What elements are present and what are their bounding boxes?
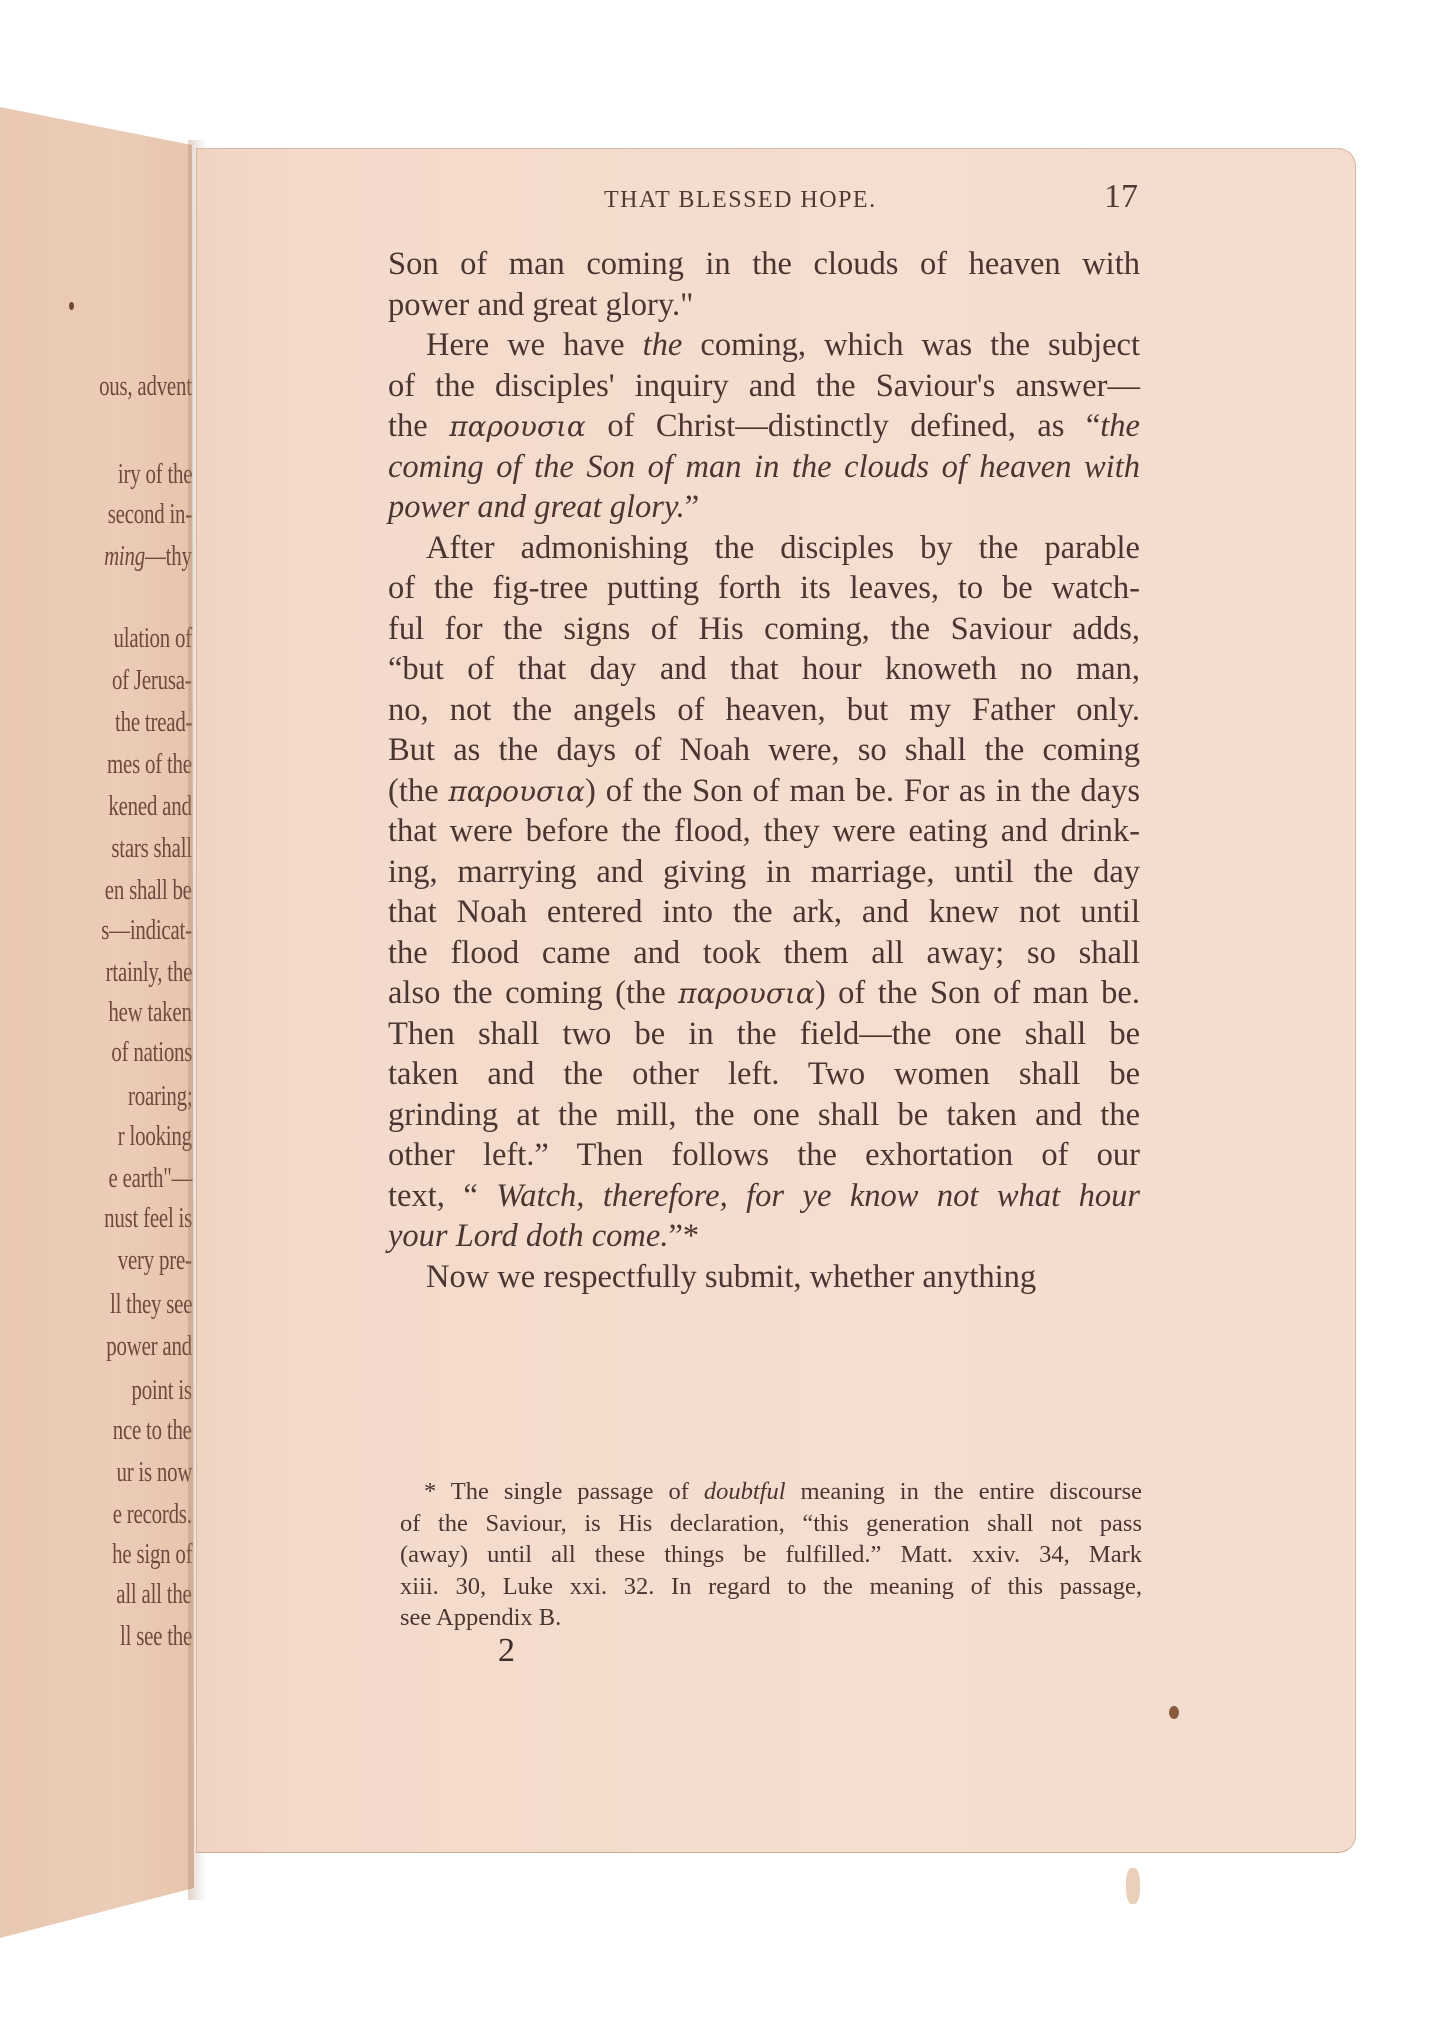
footnote-line: see Appendix B. — [400, 1602, 1142, 1634]
left-text-fragment: ulation of — [114, 622, 192, 655]
left-text-fragment: e records. — [113, 1498, 192, 1531]
left-text-fragment: roaring; — [128, 1080, 192, 1113]
left-text-fragment: mes of the — [107, 748, 192, 781]
page-number: 17 — [1104, 178, 1138, 216]
text-line: your Lord doth come.”* — [388, 1216, 1140, 1257]
left-page: ous, adventiry of thesecond in-ming—thyu… — [0, 0, 200, 2023]
left-text-fragment: rtainly, the — [105, 956, 192, 989]
left-text-fragment: point is — [132, 1374, 192, 1407]
left-text-fragment: ur is now — [116, 1456, 192, 1489]
left-text-fragment: of nations — [111, 1036, 192, 1069]
running-head: THAT BLESSED HOPE. 17 — [408, 178, 1138, 216]
text-line: of the fig-tree putting forth its leaves… — [388, 568, 1140, 609]
text-line: Then shall two be in the field—the one s… — [388, 1014, 1140, 1055]
text-line: coming of the Son of man in the clouds o… — [388, 447, 1140, 488]
text-line: But as the days of Noah were, so shall t… — [388, 730, 1140, 771]
footnote: * The single passage of doubtful meaning… — [400, 1476, 1142, 1634]
text-line: that were before the flood, they were ea… — [388, 811, 1140, 852]
left-text-fragment: ll they see — [110, 1288, 192, 1321]
left-text-fragment: stars shall — [111, 832, 192, 865]
text-line: power and great glory." — [388, 285, 1140, 326]
text-line: “but of that day and that hour knoweth n… — [388, 649, 1140, 690]
text-line: (the παρουσια) of the Son of man be. For… — [388, 771, 1140, 812]
left-text-fragment: iry of the — [118, 458, 192, 491]
text-line: other left.” Then follows the exhortatio… — [388, 1135, 1140, 1176]
foxing-spot — [1169, 1706, 1179, 1719]
text-line: ing, marrying and giving in marriage, un… — [388, 852, 1140, 893]
text-line: of the disciples' inquiry and the Saviou… — [388, 366, 1140, 407]
water-stain — [1126, 1868, 1140, 1904]
left-text-fragment: en shall be — [105, 874, 192, 907]
footnote-line: * The single passage of doubtful meaning… — [400, 1476, 1142, 1508]
text-line: power and great glory.” — [388, 487, 1140, 528]
left-text-fragment: e earth"— — [108, 1162, 192, 1195]
body-text: Son of man coming in the clouds of heave… — [388, 244, 1140, 1297]
ink-speck — [69, 302, 74, 310]
left-text-fragment: second in- — [108, 498, 192, 531]
text-line: Son of man coming in the clouds of heave… — [388, 244, 1140, 285]
text-line: Now we respectfully submit, whether anyt… — [388, 1257, 1140, 1298]
left-text-fragment: nce to the — [113, 1414, 192, 1447]
text-line: the flood came and took them all away; s… — [388, 933, 1140, 974]
left-text-fragment: kened and — [109, 790, 192, 823]
text-line: text, “ Watch, therefore, for ye know no… — [388, 1176, 1140, 1217]
text-line: grinding at the mill, the one shall be t… — [388, 1095, 1140, 1136]
left-text-fragment: ous, advent — [99, 370, 192, 403]
left-text-fragment: ming—thy — [104, 540, 192, 573]
text-line: also the coming (the παρουσια) of the So… — [388, 973, 1140, 1014]
left-text-fragment: of Jerusa- — [112, 664, 192, 697]
left-text-fragment: all all the — [117, 1578, 192, 1611]
left-text-fragment: r looking — [118, 1120, 192, 1153]
text-line: Here we have the coming, which was the s… — [388, 325, 1140, 366]
footnote-line: (away) until all these things be fulfill… — [400, 1539, 1142, 1571]
left-text-fragment: very pre- — [118, 1244, 192, 1277]
text-line: that Noah entered into the ark, and knew… — [388, 892, 1140, 933]
left-text-fragment: he sign of — [112, 1538, 192, 1571]
text-line: the παρουσια of Christ—distinctly define… — [388, 406, 1140, 447]
left-text-fragment: ll see the — [120, 1620, 192, 1653]
left-text-fragment: power and — [106, 1330, 192, 1363]
left-text-fragment: hew taken — [109, 996, 192, 1029]
signature-mark: 2 — [498, 1632, 515, 1670]
left-text-fragment: the tread- — [115, 706, 192, 739]
footnote-line: of the Saviour, is His declaration, “thi… — [400, 1508, 1142, 1540]
text-line: taken and the other left. Two women shal… — [388, 1054, 1140, 1095]
left-text-fragment: s—indicat- — [101, 914, 192, 947]
text-line: After admonishing the disciples by the p… — [388, 528, 1140, 569]
text-line: ful for the signs of His coming, the Sav… — [388, 609, 1140, 650]
running-title: THAT BLESSED HOPE. — [408, 187, 877, 214]
text-line: no, not the angels of heaven, but my Fat… — [388, 690, 1140, 731]
footnote-line: xiii. 30, Luke xxi. 32. In regard to the… — [400, 1571, 1142, 1603]
left-text-fragment: nust feel is — [104, 1202, 192, 1235]
